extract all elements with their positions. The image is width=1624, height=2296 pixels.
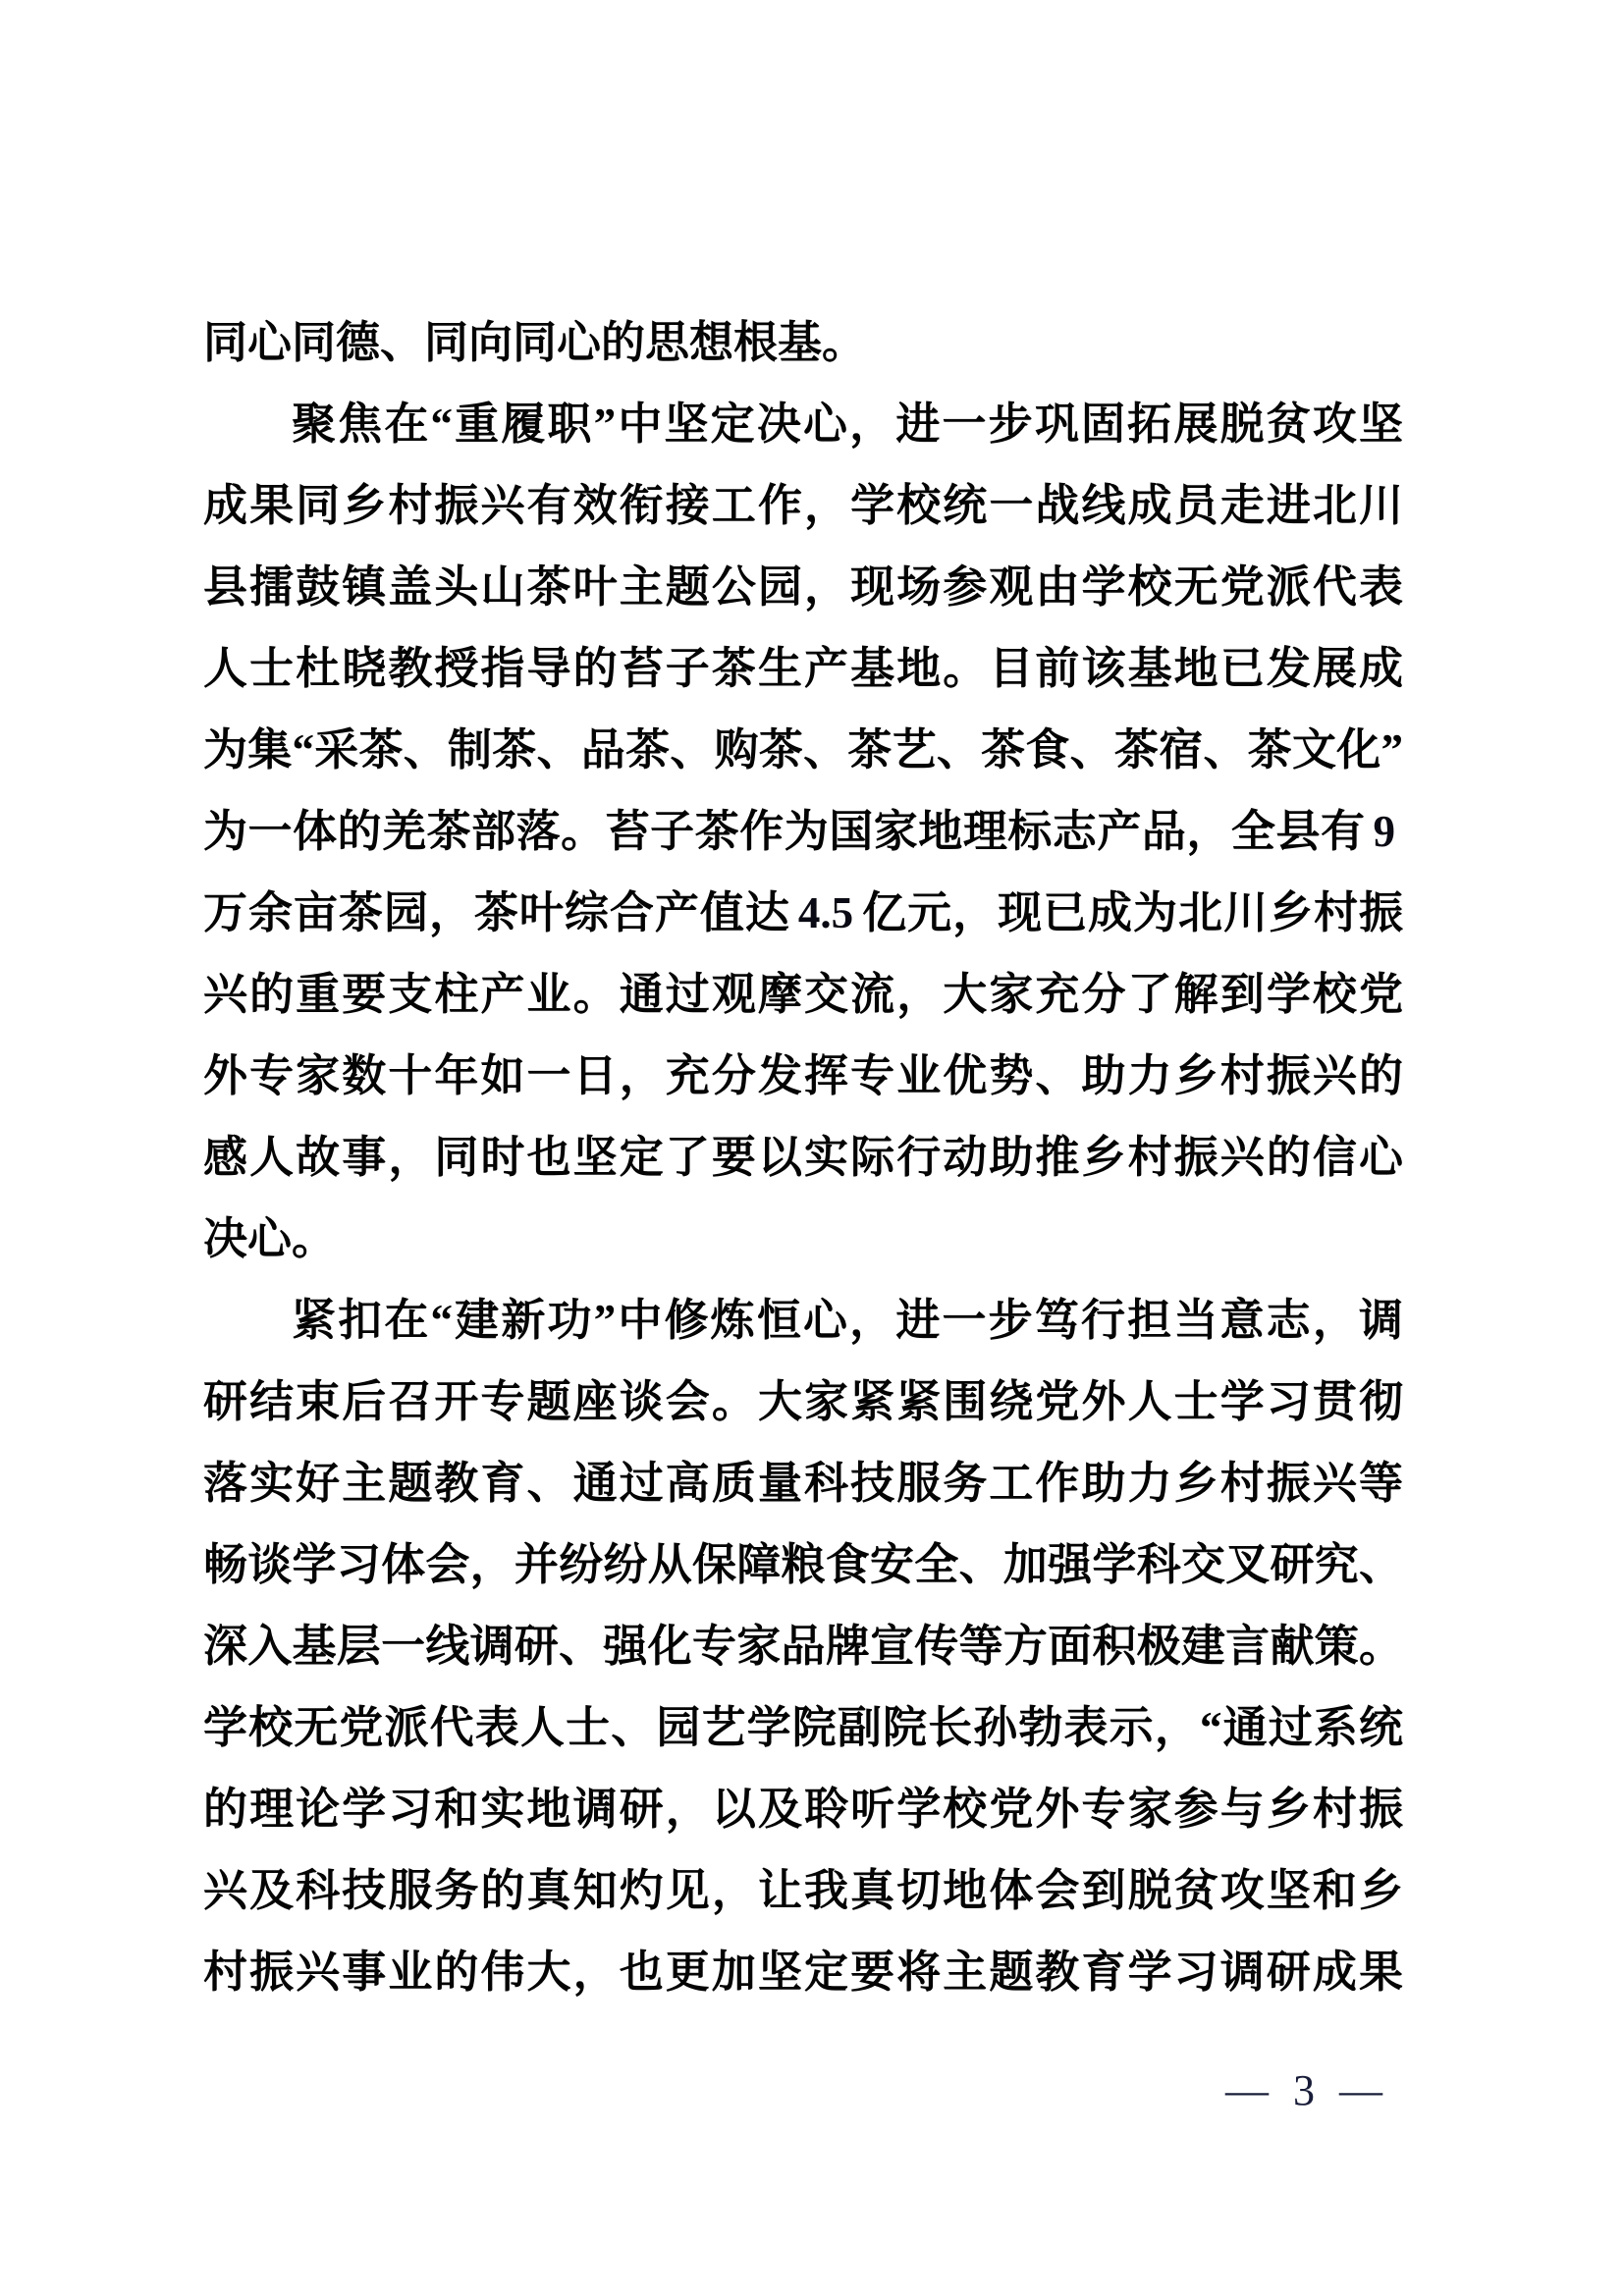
text-line: 外专家数十年如一日，充分发挥专业优势、助力乡村振兴的 [203,1036,1403,1117]
text-segment: 亿元，现已成为北川乡村振 [861,888,1403,937]
text-line: 同心同德、同向同心的思想根基。 [203,302,1403,384]
highlighted-number: 4.5 [790,888,861,937]
text-line: 成果同乡村振兴有效衔接工作，学校统一战线成员走进北川 [203,465,1403,547]
paragraph-focus-duties: 聚焦在“重履职”中坚定决心，进一步巩固拓展脱贫攻坚 成果同乡村振兴有效衔接工作，… [203,384,1403,1280]
text-line: 万余亩茶园，茶叶综合产值达4.5亿元，现已成为北川乡村振 [203,873,1403,954]
paragraph-new-achievements: 紧扣在“建新功”中修炼恒心，进一步笃行担当意志，调 研结束后召开专题座谈会。大家… [203,1280,1403,2013]
text-line: 县擂鼓镇盖头山茶叶主题公园，现场参观由学校无党派代表 [203,547,1403,628]
text-line: 紧扣在“建新功”中修炼恒心，进一步笃行担当意志，调 [203,1280,1403,1362]
text-line: 研结束后召开专题座谈会。大家紧紧围绕党外人士学习贯彻 [203,1362,1403,1443]
text-line: 感人故事，同时也坚定了要以实际行动助推乡村振兴的信心 [203,1117,1403,1199]
text-line: 聚焦在“重履职”中坚定决心，进一步巩固拓展脱贫攻坚 [203,384,1403,465]
paragraph-continuation: 同心同德、同向同心的思想根基。 [203,302,1403,384]
text-line: 村振兴事业的伟大，也更加坚定要将主题教育学习调研成果 [203,1932,1403,2013]
text-segment: 万余亩茶园，茶叶综合产值达 [203,888,790,937]
text-line: 学校无党派代表人士、园艺学院副院长孙勃表示，“通过系统 [203,1687,1403,1769]
text-line: 兴及科技服务的真知灼见，让我真切地体会到脱贫攻坚和乡 [203,1850,1403,1932]
page-number: — 3 — [1225,2065,1384,2116]
document-page: 同心同德、同向同心的思想根基。 聚焦在“重履职”中坚定决心，进一步巩固拓展脱贫攻… [0,0,1624,2296]
text-line: 兴的重要支柱产业。通过观摩交流，大家充分了解到学校党 [203,954,1403,1036]
text-line: 人士杜晓教授指导的苔子茶生产基地。目前该基地已发展成 [203,628,1403,710]
highlighted-number: 9 [1366,807,1404,856]
text-line: 的理论学习和实地调研，以及聆听学校党外专家参与乡村振 [203,1769,1403,1850]
text-line: 落实好主题教育、通过高质量科技服务工作助力乡村振兴等 [203,1443,1403,1524]
text-line: 深入基层一线调研、强化专家品牌宣传等方面积极建言献策。 [203,1606,1403,1687]
text-line: 决心。 [203,1199,1403,1280]
body-text-block: 同心同德、同向同心的思想根基。 聚焦在“重履职”中坚定决心，进一步巩固拓展脱贫攻… [203,302,1403,2013]
text-segment: 为一体的羌茶部落。苔子茶作为国家地理标志产品，全县有 [203,807,1366,856]
text-line: 为一体的羌茶部落。苔子茶作为国家地理标志产品，全县有9 [203,791,1403,873]
text-line: 畅谈学习体会，并纷纷从保障粮食安全、加强学科交叉研究、 [203,1524,1403,1606]
text-line: 为集“采茶、制茶、品茶、购茶、茶艺、茶食、茶宿、茶文化” [203,710,1403,791]
